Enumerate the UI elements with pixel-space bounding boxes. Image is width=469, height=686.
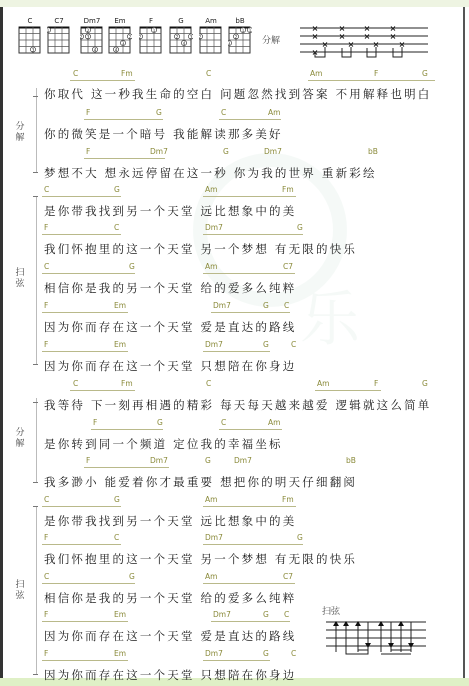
chord-label: F	[374, 69, 378, 78]
chord-underline	[42, 273, 135, 274]
chord-label: C	[291, 340, 296, 349]
svg-text:4: 4	[115, 47, 118, 52]
svg-text:×: ×	[390, 32, 397, 41]
chord-label: G	[114, 185, 120, 194]
lyric-line: 我们怀抱里的这一个天堂 另一个梦想 有无限的快乐	[44, 551, 357, 567]
chord-label: C	[221, 108, 226, 117]
chord-label: C	[44, 185, 49, 194]
chord-underline	[211, 621, 290, 622]
chord-underline	[203, 234, 303, 235]
chord-label: F	[44, 301, 48, 310]
chord-label: Dm7	[150, 456, 168, 465]
chord-label: F	[44, 340, 48, 349]
chord-chart-name: G	[169, 17, 193, 26]
chord-chart-dm7: Dm72234	[80, 17, 104, 54]
chord-underline	[219, 429, 282, 430]
chord-label: Am	[268, 418, 280, 427]
bracket-tick	[33, 364, 38, 365]
svg-text:2: 2	[87, 28, 90, 33]
chord-underline	[315, 390, 381, 391]
svg-text:2: 2	[235, 34, 238, 39]
chord-label: Em	[114, 340, 126, 349]
lyric-line: 我们怀抱里的这一个天堂 另一个梦想 有无限的快乐	[44, 241, 357, 257]
chord-label: G	[422, 379, 428, 388]
chord-label: G	[129, 262, 135, 271]
chord-chart-name: C7	[47, 17, 71, 26]
svg-text:2: 2	[129, 34, 132, 39]
chord-label: Dm7	[213, 610, 231, 619]
chord-chart-f: F12	[139, 17, 163, 54]
lyric-line: 因为你而存在这一个天堂 爱是直达的路线	[44, 319, 296, 335]
right-border	[463, 7, 465, 678]
lyric-line: 梦想不大 想永远停留在这一秒 你为我的世界 重新彩绘	[44, 165, 377, 181]
pick-pattern-tab: ×××× ××× ××× ×××	[300, 22, 430, 58]
chord-underline	[70, 390, 135, 391]
svg-text:4: 4	[183, 41, 186, 46]
chord-label: Fm	[121, 69, 133, 78]
chord-label: Em	[114, 301, 126, 310]
lyric-line: 我等待 下一刻再相遇的精彩 每天每天越来越爱 逻辑就这么简单	[44, 397, 431, 413]
top-strip	[0, 0, 469, 7]
chord-label: C	[284, 610, 289, 619]
svg-text:3: 3	[32, 47, 35, 52]
chord-underline	[42, 621, 128, 622]
strum-pattern-tab	[326, 618, 428, 658]
bracket-tick	[33, 172, 38, 173]
lyric-line: 是你带我找到另一个天堂 远比想象中的美	[44, 513, 296, 529]
chord-underline	[203, 544, 303, 545]
chord-label: Dm7	[234, 456, 252, 465]
chord-label: C7	[283, 572, 293, 581]
chord-label: F	[86, 147, 90, 156]
svg-text:1: 1	[249, 28, 252, 33]
chord-underline	[219, 119, 281, 120]
chord-label: G	[205, 456, 211, 465]
lyric-line: 是你转到同一个频道 定位我的幸福坐标	[44, 436, 283, 452]
chord-underline	[203, 196, 296, 197]
chord-label: bB	[346, 456, 356, 465]
chord-label: Dm7	[205, 649, 223, 658]
chord-chart-bb: bB1123	[228, 17, 252, 54]
chord-label: C	[206, 69, 211, 78]
chord-underline	[211, 312, 290, 313]
chord-label: Am	[310, 69, 322, 78]
chord-label: C	[221, 418, 226, 427]
chord-label: G	[156, 108, 162, 117]
chord-label: G	[297, 533, 303, 542]
chord-label: C	[284, 301, 289, 310]
svg-text:3: 3	[190, 34, 193, 39]
chord-label: F	[44, 533, 48, 542]
bracket-2	[36, 196, 37, 364]
lyric-line: 相信你是我的另一个天堂 给的爱多么纯粹	[44, 280, 296, 296]
chord-underline	[203, 351, 270, 352]
chord-label: F	[44, 649, 48, 658]
svg-text:1: 1	[242, 28, 245, 33]
chord-chart-c7: C71	[47, 17, 71, 54]
chord-label: F	[44, 610, 48, 619]
svg-text:×: ×	[312, 32, 319, 41]
svg-text:2: 2	[176, 34, 179, 39]
left-border	[0, 7, 3, 678]
chord-label: F	[44, 223, 48, 232]
chord-chart-em: Em234	[108, 17, 132, 54]
lyric-line: 我多渺小 能爱着你才最重要 想把你的明天仔细翻阅	[44, 474, 357, 490]
section-label: 分解	[14, 122, 26, 144]
chord-underline	[203, 273, 295, 274]
chord-underline	[84, 467, 169, 468]
chord-label: F	[86, 108, 90, 117]
chord-label: C	[206, 379, 211, 388]
bracket-4	[36, 506, 37, 674]
chord-label: Am	[205, 495, 217, 504]
bracket-tick	[33, 506, 38, 507]
chord-label: G	[263, 649, 269, 658]
chord-label: G	[157, 418, 163, 427]
chord-label: C7	[283, 262, 293, 271]
chord-label: G	[263, 610, 269, 619]
chord-label: G	[263, 340, 269, 349]
chord-label: G	[129, 572, 135, 581]
chord-underline	[42, 660, 128, 661]
pick-pattern-label: 分解	[262, 33, 280, 46]
chord-label: Fm	[282, 185, 294, 194]
strum-pattern-label: 扫弦	[322, 604, 340, 617]
chord-label: Am	[205, 185, 217, 194]
chord-label: C	[114, 223, 119, 232]
chord-label: G	[223, 147, 229, 156]
chord-label: G	[263, 301, 269, 310]
chord-underline	[42, 234, 121, 235]
chord-label: G	[422, 69, 428, 78]
chord-label: C	[73, 379, 78, 388]
chord-label: C	[291, 649, 296, 658]
chord-chart-name: Dm7	[80, 17, 104, 26]
chord-underline	[203, 506, 296, 507]
svg-text:4: 4	[94, 47, 97, 52]
chord-chart-name: C	[18, 17, 42, 26]
chord-underline	[70, 80, 135, 81]
chord-label: Am	[205, 262, 217, 271]
svg-text:×: ×	[339, 32, 346, 41]
chord-label: bB	[368, 147, 378, 156]
chord-label: Em	[114, 649, 126, 658]
chord-chart-g: G234	[169, 17, 193, 54]
svg-text:3: 3	[87, 34, 90, 39]
lyric-line: 因为你而存在这一个天堂 只想陪在你身边	[44, 667, 296, 683]
chord-label: C	[44, 495, 49, 504]
bracket-tick	[33, 196, 38, 197]
chord-underline	[203, 583, 295, 584]
chord-label: Dm7	[213, 301, 231, 310]
chord-label: C	[73, 69, 78, 78]
lyric-line: 是你带我找到另一个天堂 远比想象中的美	[44, 203, 296, 219]
bracket-1	[36, 88, 37, 172]
chord-underline	[84, 158, 165, 159]
chord-label: Am	[268, 108, 280, 117]
chord-label: Fm	[121, 379, 133, 388]
bracket-tick	[33, 482, 38, 483]
chord-label: G	[114, 495, 120, 504]
chord-chart-name: Em	[108, 17, 132, 26]
svg-text:1: 1	[153, 28, 156, 33]
chord-label: Dm7	[150, 147, 168, 156]
chord-underline	[42, 544, 121, 545]
chord-label: Am	[317, 379, 329, 388]
bracket-tick	[33, 96, 38, 97]
chord-label: Dm7	[264, 147, 282, 156]
lyric-line: 相信你是我的另一个天堂 给的爱多么纯粹	[44, 590, 296, 606]
bracket-tick	[33, 402, 38, 403]
section-label: 扫弦	[14, 268, 26, 290]
svg-text:×: ×	[364, 32, 371, 41]
lyric-line: 因为你而存在这一个天堂 只想陪在你身边	[44, 358, 296, 374]
chord-label: F	[86, 456, 90, 465]
lyric-line: 你的微笑是一个暗号 我能解读那多美好	[44, 126, 283, 142]
chord-chart-name: bB	[228, 17, 252, 26]
svg-text:乐: 乐	[300, 285, 361, 350]
svg-text:3: 3	[122, 41, 125, 46]
chord-label: G	[297, 223, 303, 232]
chord-label: Dm7	[205, 533, 223, 542]
bracket-3	[36, 398, 37, 482]
chord-label: F	[374, 379, 378, 388]
chord-underline	[42, 583, 135, 584]
chord-label: Fm	[282, 495, 294, 504]
bracket-tick	[33, 674, 38, 675]
chord-label: C	[44, 262, 49, 271]
lyric-line: 你取代 这一秒我生命的空白 问题忽然找到答案 不用解释也明白	[44, 86, 431, 102]
chord-label: Em	[114, 610, 126, 619]
chord-label: Dm7	[205, 340, 223, 349]
chord-underline	[91, 429, 163, 430]
chord-underline	[84, 119, 163, 120]
section-label: 分解	[14, 428, 26, 450]
chord-label: Dm7	[205, 223, 223, 232]
section-label: 扫弦	[14, 580, 26, 602]
chord-label: Am	[205, 572, 217, 581]
chord-label: C	[114, 533, 119, 542]
chord-chart-c: C3	[18, 17, 42, 54]
chord-underline	[42, 196, 121, 197]
chord-underline	[42, 351, 128, 352]
chord-label: C	[44, 572, 49, 581]
chord-underline	[42, 506, 121, 507]
chord-chart-am: Am2	[199, 17, 223, 54]
lyric-line: 因为你而存在这一个天堂 爱是直达的路线	[44, 628, 296, 644]
chord-underline	[42, 312, 128, 313]
chord-underline	[203, 660, 270, 661]
chord-label: F	[93, 418, 97, 427]
chord-underline	[308, 80, 435, 81]
chord-chart-name: Am	[199, 17, 223, 26]
chord-chart-name: F	[139, 17, 163, 26]
